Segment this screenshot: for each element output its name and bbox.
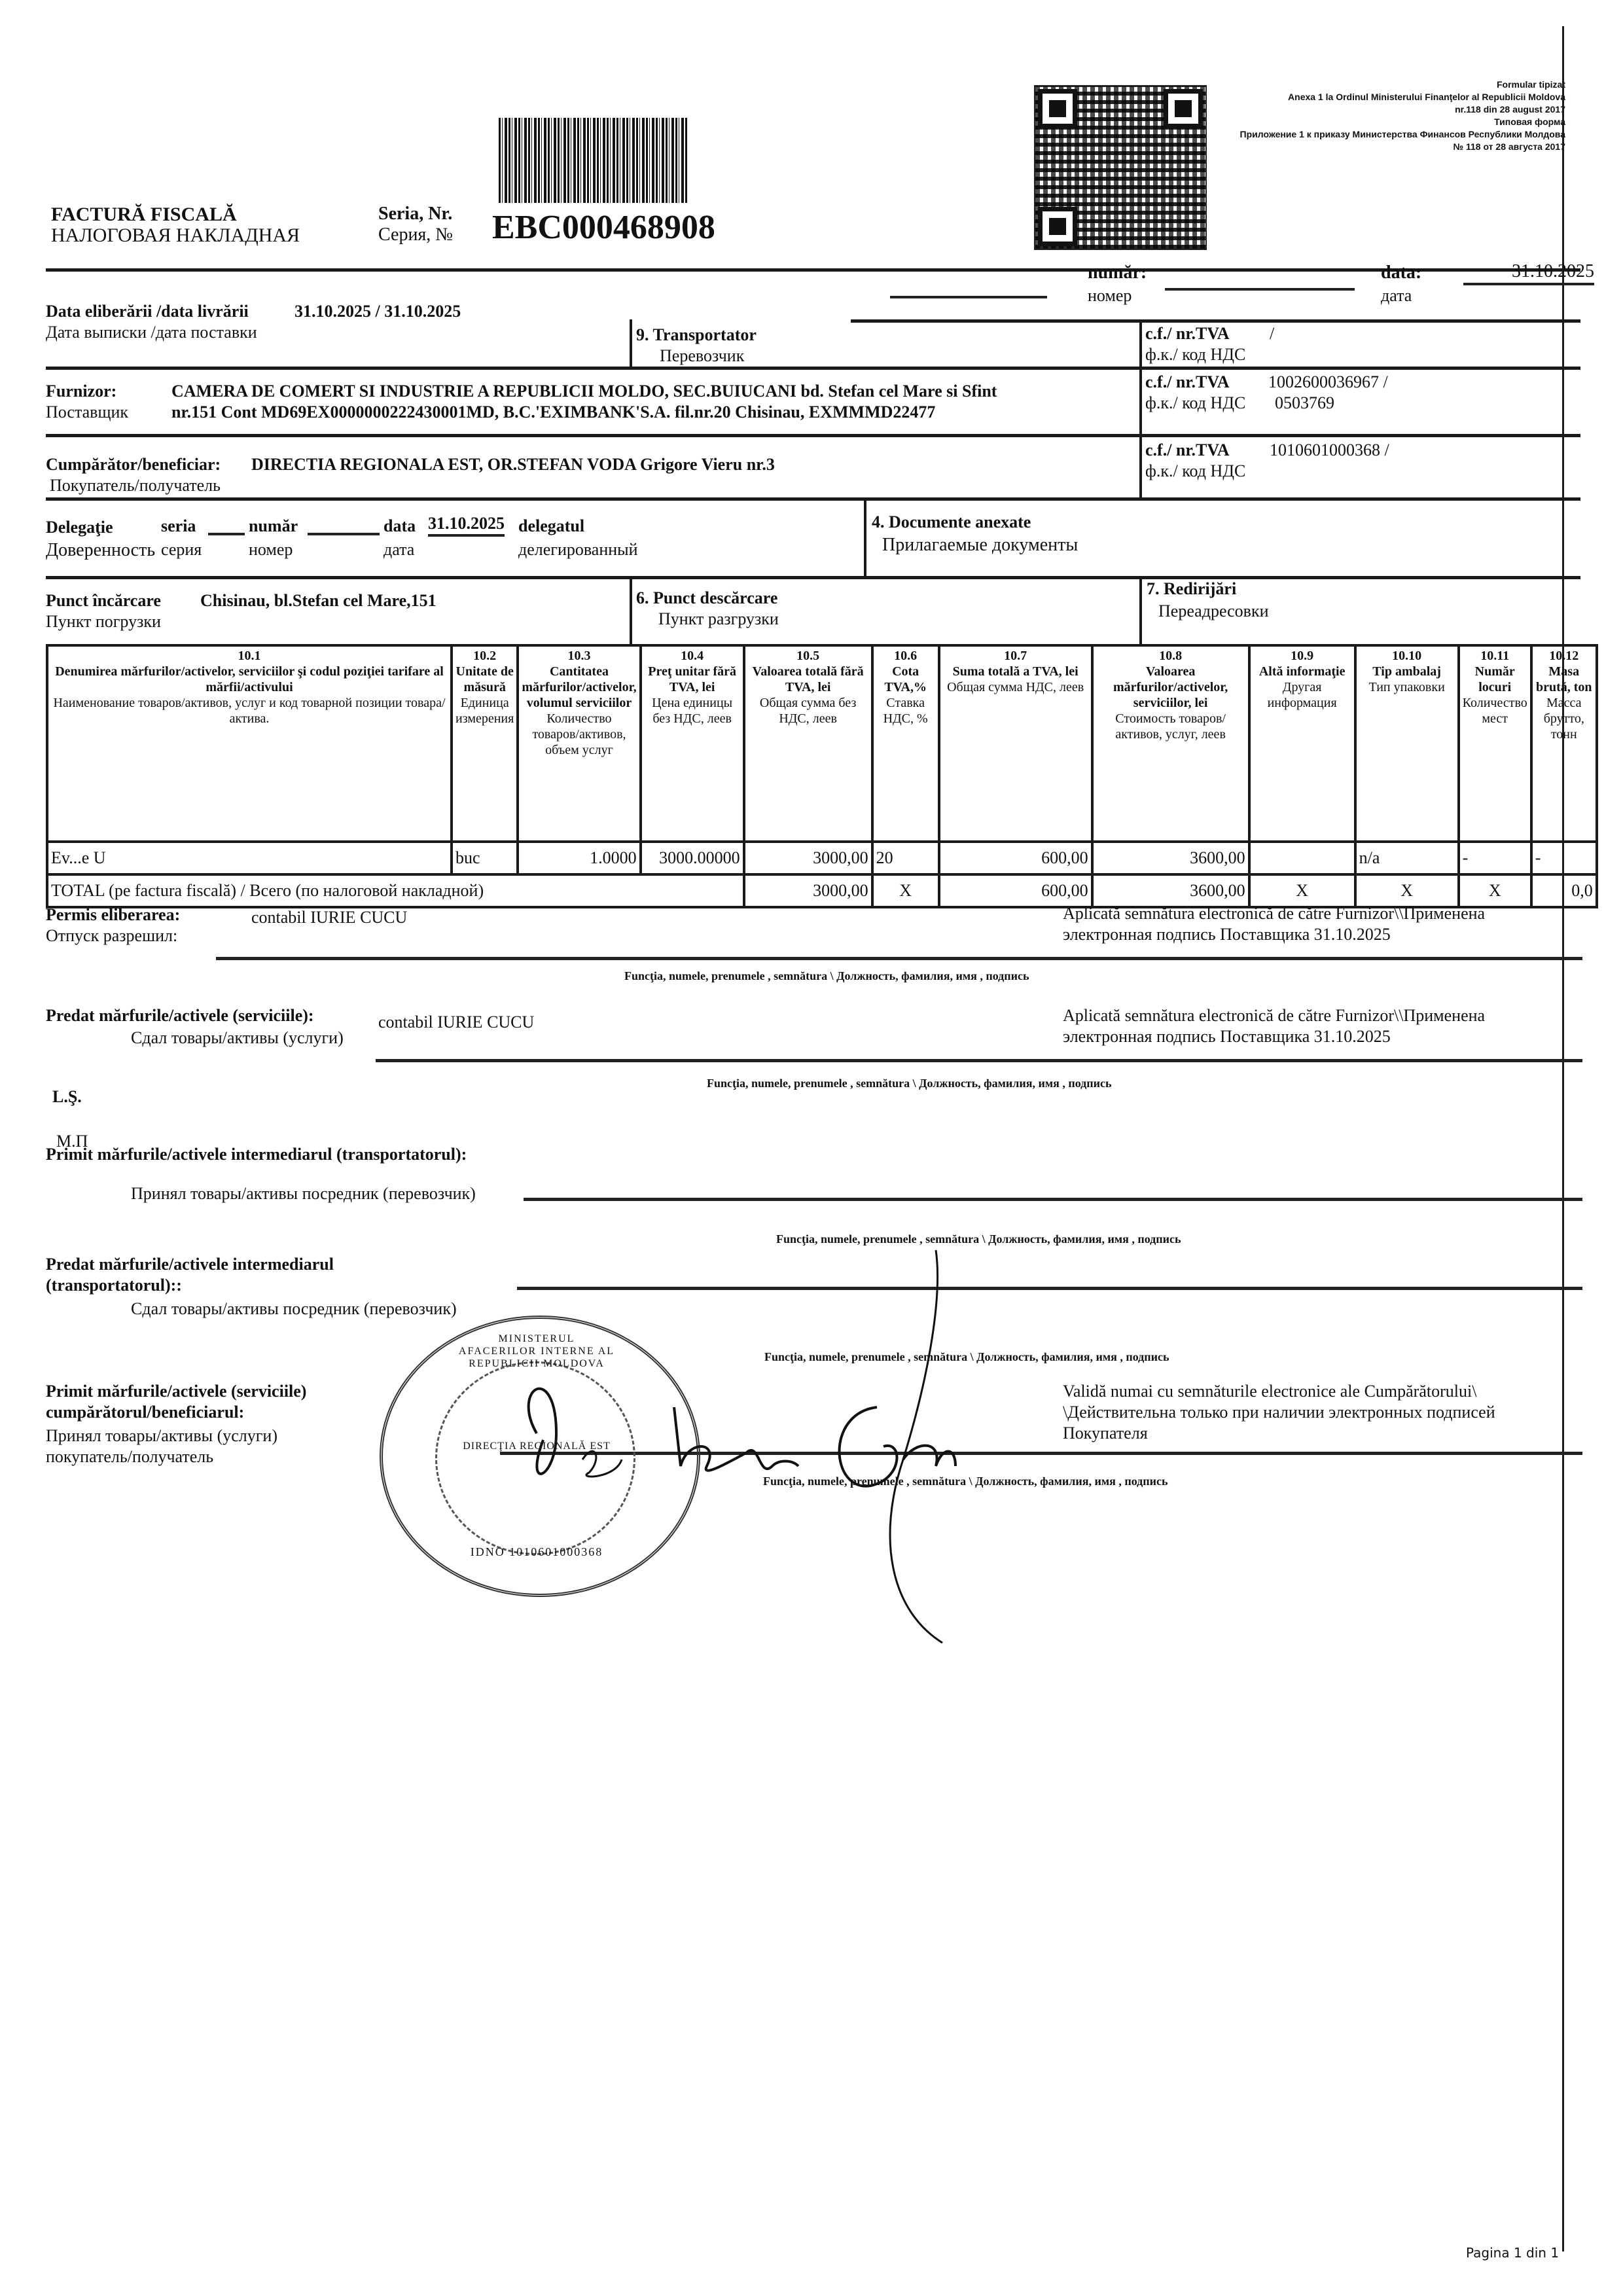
total-other-info: X bbox=[1249, 874, 1355, 907]
loading-label-ru: Пункт погрузки bbox=[46, 611, 161, 632]
table-total-row: TOTAL (pe factura fiscală) / Всего (по н… bbox=[47, 874, 1597, 907]
buyer-cf-value: 1010601000368 / bbox=[1270, 440, 1389, 461]
loading-label-ro: Punct încărcare bbox=[46, 590, 161, 611]
buyer-value: DIRECTIA REGIONALA EST, OR.STEFAN VODA G… bbox=[251, 454, 775, 475]
annex-line: Приложение 1 к приказу Министерства Фина… bbox=[1240, 128, 1565, 141]
permis-label-ro: Permis eliberarea: bbox=[46, 905, 180, 925]
annex-line: Anexa 1 la Ordinul Ministerului Finanţel… bbox=[1240, 91, 1565, 103]
dates-value: 31.10.2025 / 31.10.2025 bbox=[294, 301, 461, 322]
ref-data-label-ru: дата bbox=[1381, 285, 1412, 306]
cell-gross-mass: - bbox=[1531, 842, 1597, 874]
attached-docs-label-ru: Прилагаемые документы bbox=[882, 534, 1078, 556]
delegation-delegat-label: delegatul bbox=[518, 516, 584, 537]
total-label: TOTAL (pe factura fiscală) / Всего (по н… bbox=[47, 874, 744, 907]
transporter-cf-label: c.f./ nr.TVA bbox=[1145, 323, 1230, 344]
permis-esign-note: Aplicată semnătura electronică de către … bbox=[1063, 903, 1534, 945]
delegation-seria-label-ru: серия bbox=[161, 539, 202, 560]
cell-vat-rate: 20 bbox=[872, 842, 939, 874]
primit-transport-label-ro: Primit mărfurile/activele intermediarul … bbox=[46, 1144, 467, 1165]
col-header-10-5: 10.5Valoarea totală fără TVA, leiОбщая с… bbox=[744, 645, 872, 842]
buyer-label-ru: Покупатель/получатель bbox=[50, 475, 221, 496]
cell-package-type: n/a bbox=[1355, 842, 1459, 874]
unloading-label: 6. Punct descărcare bbox=[636, 588, 777, 609]
total-value-no-vat: 3000,00 bbox=[744, 874, 872, 907]
doc-title-ro: FACTURĂ FISCALĂ bbox=[51, 203, 237, 226]
delegation-numar-label-ru: номер bbox=[249, 539, 293, 560]
transporter-label-ro: 9. Transportator bbox=[636, 325, 757, 346]
transporter-cf-value: / bbox=[1270, 323, 1274, 344]
col-header-10-8: 10.8Valoarea mărfurilor/activelor, servi… bbox=[1092, 645, 1249, 842]
cell-total-value: 3600,00 bbox=[1092, 842, 1249, 874]
supplier-line1: CAMERA DE COMERT SI INDUSTRIE A REPUBLIC… bbox=[171, 381, 997, 402]
col-header-10-2: 10.2Unitate de măsurăЕдиница измерения bbox=[452, 645, 518, 842]
predat-name: contabil IURIE CUCU bbox=[378, 1012, 534, 1033]
redirects-label-ru: Переадресовки bbox=[1158, 601, 1269, 622]
annex-line: № 118 от 28 августа 2017 bbox=[1240, 141, 1565, 153]
predat-label-ro: Predat mărfurile/activele (serviciile): bbox=[46, 1005, 314, 1026]
primit-buyer-label-ru: Принял товары/активы (услуги) покупатель… bbox=[46, 1426, 334, 1467]
supplier-label-ru: Поставщик bbox=[46, 402, 128, 423]
col-header-10-11: 10.11Număr locuriКоличество мест bbox=[1459, 645, 1531, 842]
delegation-delegat-label-ru: делегированный bbox=[518, 539, 638, 560]
total-gross-mass: 0,0 bbox=[1531, 874, 1597, 907]
table-row: Ev...e U buc 1.0000 3000.00000 3000,00 2… bbox=[47, 842, 1597, 874]
primit-transport-signature-line[interactable] bbox=[524, 1198, 1582, 1201]
buyer-cf-label: c.f./ nr.TVA bbox=[1145, 440, 1230, 461]
total-vat-sum: 600,00 bbox=[939, 874, 1092, 907]
doc-title-ru: НАЛОГОВАЯ НАКЛАДНАЯ bbox=[51, 224, 300, 247]
delegation-data-label: data bbox=[383, 516, 416, 537]
predat-caption: Funcţia, numele, prenumele , semnătura \… bbox=[707, 1076, 1112, 1090]
annex-line: Типовая форма bbox=[1240, 116, 1565, 128]
series-label-ru: Серия, № bbox=[378, 224, 453, 246]
series-number: EBC000468908 bbox=[492, 208, 715, 247]
permis-signature-line[interactable] bbox=[216, 957, 1582, 960]
col-header-10-10: 10.10Tip ambalajТип упаковки bbox=[1355, 645, 1459, 842]
ls-label: L.Ş. bbox=[52, 1086, 82, 1107]
delegation-data-label-ru: дата bbox=[383, 539, 414, 560]
col-header-10-1: 10.1Denumirea mărfurilor/activelor, serv… bbox=[47, 645, 452, 842]
col-header-10-6: 10.6Cota TVA,%Ставка НДС, % bbox=[872, 645, 939, 842]
total-value: 3600,00 bbox=[1092, 874, 1249, 907]
predat-label-ru: Сдал товары/активы (услуги) bbox=[131, 1028, 344, 1049]
ref-blank-line bbox=[890, 296, 1047, 298]
ref-data-label: data: bbox=[1381, 262, 1421, 284]
annex-line: nr.118 din 28 august 2017 bbox=[1240, 103, 1565, 116]
cell-item-name: Ev...e U bbox=[47, 842, 452, 874]
transporter-fk-label: ф.к./ код НДС bbox=[1145, 344, 1245, 365]
total-places: X bbox=[1459, 874, 1531, 907]
permis-label-ru: Отпуск разрешил: bbox=[46, 925, 183, 946]
primit-transport-label-ru: Принял товары/активы посредник (перевозч… bbox=[131, 1183, 476, 1204]
handwritten-signature-icon bbox=[484, 1244, 1073, 1649]
page-number: Pagina 1 din 1 bbox=[1466, 2245, 1559, 2261]
dates-label-ro: Data eliberării /data livrării bbox=[46, 301, 249, 322]
col-header-10-3: 10.3Cantitatea mărfurilor/activelor, vol… bbox=[518, 645, 640, 842]
cell-unit-price: 3000.00000 bbox=[641, 842, 744, 874]
cell-quantity: 1.0000 bbox=[518, 842, 640, 874]
supplier-cf-value: 1002600036967 / bbox=[1268, 372, 1388, 393]
ref-numar-label-ru: номер bbox=[1088, 285, 1132, 306]
delegation-seria-field[interactable] bbox=[208, 533, 245, 535]
delegation-numar-label: număr bbox=[249, 516, 298, 537]
primit-buyer-label-ro: Primit mărfurile/activele (serviciile) c… bbox=[46, 1381, 366, 1423]
col-header-10-4: 10.4Preţ unitar fără TVA, leiЦена единиц… bbox=[641, 645, 744, 842]
predat-transport-label-ru: Сдал товары/активы посредник (перевозчик… bbox=[131, 1299, 457, 1319]
series-label-ro: Seria, Nr. bbox=[378, 203, 452, 225]
supplier-line2: nr.151 Cont MD69EX0000000222430001MD, B.… bbox=[171, 402, 935, 423]
supplier-fk-value: 0503769 bbox=[1275, 393, 1334, 414]
delegation-data-value: 31.10.2025 bbox=[428, 513, 505, 537]
items-table: 10.1Denumirea mărfurilor/activelor, serv… bbox=[46, 644, 1598, 908]
cell-other-info bbox=[1249, 842, 1355, 874]
permis-name: contabil IURIE CUCU bbox=[251, 907, 407, 928]
supplier-fk-label: ф.к./ код НДС bbox=[1145, 393, 1245, 414]
cell-unit: buc bbox=[452, 842, 518, 874]
loading-value: Chisinau, bl.Stefan cel Mare,151 bbox=[200, 590, 437, 611]
barcode-icon bbox=[499, 118, 687, 203]
total-package-type: X bbox=[1355, 874, 1459, 907]
buyer-label-ro: Cumpărător/beneficiar: bbox=[46, 454, 221, 475]
unloading-label-ru: Пункт разгрузки bbox=[658, 609, 779, 630]
buyer-fk-label: ф.к./ код НДС bbox=[1145, 461, 1245, 482]
dates-label-ru: Дата выписки /дата поставки bbox=[46, 322, 257, 343]
supplier-label-ro: Furnizor: bbox=[46, 381, 116, 402]
redirects-label: 7. Redirijări bbox=[1147, 579, 1236, 600]
total-vat-rate: X bbox=[872, 874, 939, 907]
delegation-seria-label: seria bbox=[161, 516, 196, 537]
ref-data-value: 31.10.2025 bbox=[1463, 260, 1594, 285]
delegation-label-ro: Delegaţie bbox=[46, 517, 113, 538]
supplier-cf-label: c.f./ nr.TVA bbox=[1145, 372, 1230, 393]
ref-numar-field[interactable] bbox=[1165, 288, 1355, 291]
cell-vat-sum: 600,00 bbox=[939, 842, 1092, 874]
annex-line: Formular tipizat bbox=[1240, 79, 1565, 91]
qr-code-icon bbox=[1034, 85, 1207, 250]
ref-numar-label: număr: bbox=[1088, 262, 1147, 284]
col-header-10-12: 10.12Masa brută, tonМасса брутто, тонн bbox=[1531, 645, 1597, 842]
permis-caption: Funcţia, numele, prenumele , semnătura \… bbox=[624, 969, 1029, 983]
transporter-label-ru: Перевозчик bbox=[660, 346, 744, 367]
col-header-10-7: 10.7Suma totală a TVA, leiОбщая сумма НД… bbox=[939, 645, 1092, 842]
delegation-label-ru: Доверенность bbox=[46, 539, 155, 562]
cell-places: - bbox=[1459, 842, 1531, 874]
predat-signature-line[interactable] bbox=[376, 1059, 1582, 1062]
primit-buyer-esign-note: Validă numai cu semnăturile electronice … bbox=[1063, 1381, 1560, 1444]
predat-esign-note: Aplicată semnătura electronică de către … bbox=[1063, 1005, 1534, 1047]
col-header-10-9: 10.9Altă informaţieДругая информация bbox=[1249, 645, 1355, 842]
predat-transport-label-ro: Predat mărfurile/activele intermediarul … bbox=[46, 1254, 386, 1296]
delegation-numar-field[interactable] bbox=[308, 533, 380, 535]
cell-value-no-vat: 3000,00 bbox=[744, 842, 872, 874]
attached-docs-label: 4. Documente anexate bbox=[872, 512, 1031, 533]
table-header-row: 10.1Denumirea mărfurilor/activelor, serv… bbox=[47, 645, 1597, 842]
form-annex-note: Formular tipizat Anexa 1 la Ordinul Mini… bbox=[1240, 79, 1565, 153]
